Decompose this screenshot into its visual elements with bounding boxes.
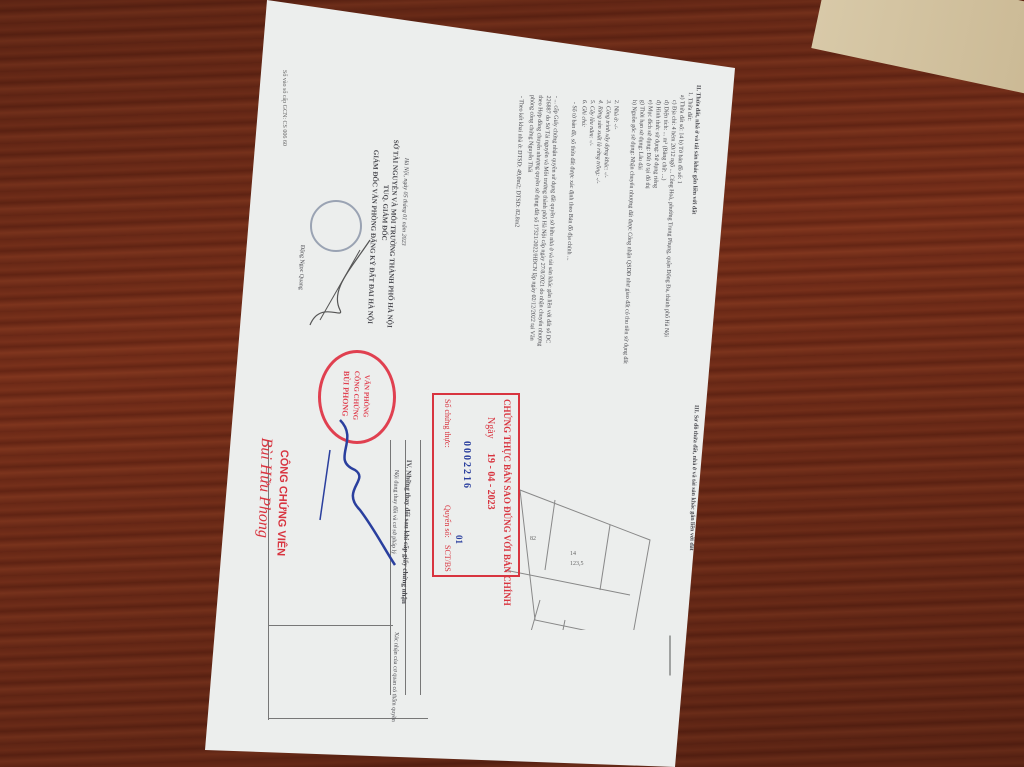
stamp-number-label: Số chứng thực: [443, 399, 452, 448]
notary-signature [300, 400, 410, 570]
north-arrow-icon [670, 636, 671, 676]
section-2-line: - Số tờ bản đồ, số thửa đất được xác địn… [564, 102, 578, 261]
notary-title: CÔNG CHỨNG VIÊN [274, 450, 290, 557]
signer-name: Đặng Ngọc Quang [296, 245, 306, 290]
director-signature [300, 230, 380, 330]
section-4-col-confirmation: Xác nhận của cơ quan có thẩm quyền [389, 632, 400, 722]
section-3-heading: III. Sơ đồ thửa đất, nhà ở và tài sản kh… [687, 405, 700, 551]
notary-name: Bùi Hữu Phong [254, 437, 275, 538]
plot-diagram: 14 123,5 82 [500, 470, 680, 630]
section-2-line: - ... cấp Giấy chứng nhận quyền sử dụng … [519, 95, 560, 356]
section-2-line: 1. Thửa đất: [685, 92, 694, 121]
stamp-number-value: 0002216 [461, 441, 472, 490]
stamp-book-suffix: SCT/BS [443, 545, 452, 572]
section-2-line: 6. Ghi chú: [579, 100, 588, 127]
plot-neighbor: 82 [530, 536, 536, 542]
section-2-line: 2. Nhà ở: -/- [611, 100, 620, 130]
issue-date: Hà Nội, ngày 05 tháng 01 năm 2023 [399, 158, 410, 246]
section-2-line: 5. Cây lâu năm: -/- [586, 100, 596, 146]
plot-area: 123,5 [570, 561, 584, 567]
document-content: Số vào sổ cấp GCN: CS 006 60 II. Thửa đấ… [0, 0, 1024, 767]
stamp-book-label: Quyển số: [443, 505, 452, 538]
section-2-line: h) Nguồn gốc sử dụng: Nhận chuyển nhượng… [621, 100, 638, 364]
stamp-date-label: Ngày [485, 417, 496, 439]
stamp-title: CHỨNG THỰC BẢN SAO ĐÚNG VỚI BẢN CHÍNH [502, 399, 512, 606]
stamp-book-value: 01 [454, 535, 464, 544]
plot-number: 14 [570, 551, 576, 557]
serial-number-line: Số vào sổ cấp GCN: CS 006 60 [280, 70, 288, 146]
certification-stamp: CHỨNG THỰC BẢN SAO ĐÚNG VỚI BẢN CHÍNH Ng… [432, 393, 520, 577]
stamp-date-value: 19 - 04 - 2023 [485, 453, 496, 510]
tuq-line: TUQ. GIÁM ĐỐC [379, 185, 390, 241]
